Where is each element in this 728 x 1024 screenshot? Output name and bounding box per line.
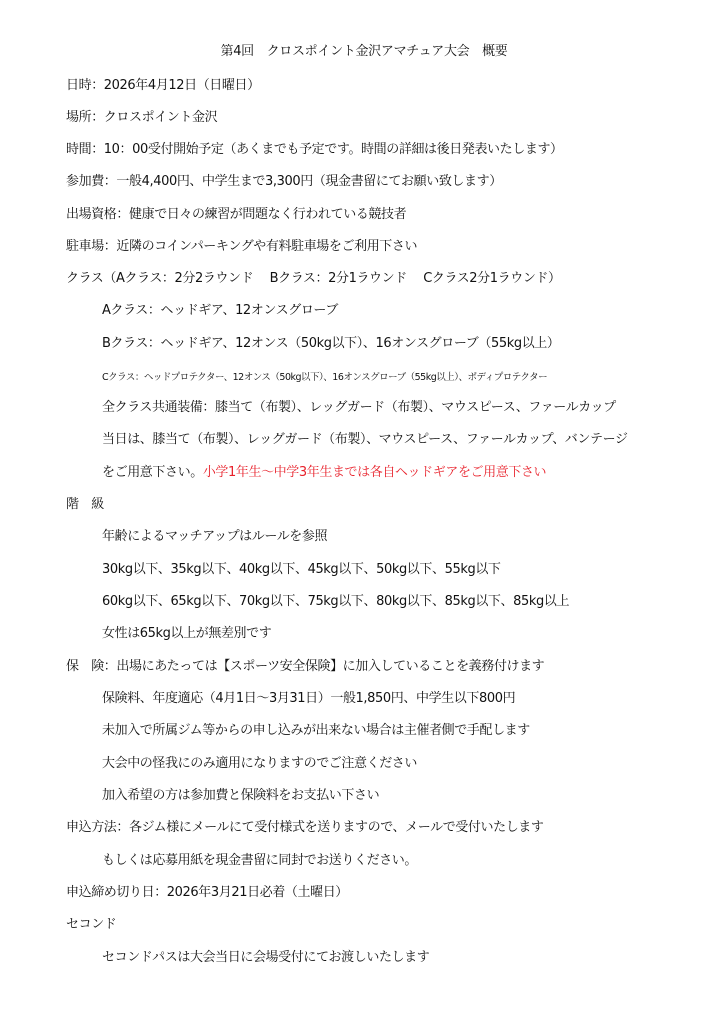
insurance-payment: 加入希望の方は参加費と保険料をお支払い下さい [102, 787, 379, 805]
entry-fee: 参加費：一般4,400円、中学生まで3,300円（現金書留にてお願い致します） [66, 173, 502, 191]
weight-row-1: 30kg以下、35kg以下、40kg以下、45kg以下、50kg以下、55kg以… [102, 561, 501, 579]
classes-header: クラス（Aクラス：2分2ラウンド Bクラス：2分1ラウンド Cクラス2分1ラウン… [66, 270, 561, 288]
women-class: 女性は65kg以上が無差別です [102, 625, 271, 643]
prepare-prefix: をご用意下さい。 [102, 465, 203, 480]
insurance-header: 保 険：出場にあたっては【スポーツ安全保険】に加入していることを義務付けます [66, 658, 544, 676]
headgear-notice: 小学1年生～中学3年生までは各自ヘッドギアをご用意下さい [203, 465, 546, 480]
bring-on-day: 当日は、膝当て（布製）、レッグガード（布製）、マウスピース、ファールカップ、バン… [102, 431, 628, 449]
application-alternative: もしくは応募用紙を現金書留に同封でお送りください。 [102, 852, 417, 870]
common-gear: 全クラス共通装備：膝当て（布製）、レッグガード（布製）、マウスピース、ファールカ… [102, 399, 616, 417]
document-page: 第4回 クロスポイント金沢アマチュア大会 概要 日時：2026年4月12日（日曜… [0, 0, 728, 1024]
event-time: 時間：10：00受付開始予定（あくまでも予定です。時間の詳細は後日発表いたします… [66, 141, 563, 159]
matchup-note: 年齢によるマッチアップはルールを参照 [102, 528, 327, 546]
c-class-gear: Cクラス：ヘッドプロテクター、12オンス（50kg以下）、16オンスグローブ（5… [102, 369, 547, 387]
weight-row-2: 60kg以下、65kg以下、70kg以下、75kg以下、80kg以下、85kg以… [102, 593, 569, 611]
second-header: セコンド [66, 916, 116, 934]
application-method: 申込方法：各ジム様にメールにて受付様式を送りますので、メールで受付いたします [66, 819, 544, 837]
event-venue: 場所：クロスポイント金沢 [66, 109, 217, 127]
parking: 駐車場：近隣のコインパーキングや有料駐車場をご利用下さい [66, 238, 417, 256]
application-deadline: 申込締め切り日：2026年3月21日必着（土曜日） [66, 884, 348, 902]
a-class-gear: Aクラス：ヘッドギア、12オンスグローブ [102, 302, 338, 320]
prepare-line: をご用意下さい。小学1年生～中学3年生までは各自ヘッドギアをご用意下さい [102, 464, 546, 482]
insurance-fee: 保険料、年度適応（4月1日～3月31日）一般1,850円、中学生以下800円 [102, 690, 515, 708]
event-date: 日時：2026年4月12日（日曜日） [66, 77, 260, 95]
insurance-arrangement: 未加入で所属ジム等からの申し込みが出来ない場合は主催者側で手配します [102, 722, 530, 740]
insurance-coverage: 大会中の怪我にのみ適用になりますのでご注意ください [102, 755, 417, 773]
b-class-gear: Bクラス：ヘッドギア、12オンス（50kg以下）、16オンスグローブ（55kg以… [102, 335, 560, 353]
document-title: 第4回 クロスポイント金沢アマチュア大会 概要 [0, 40, 728, 59]
weight-classes-header: 階 級 [66, 496, 104, 514]
second-pass: セコンドパスは大会当日に会場受付にてお渡しいたします [102, 949, 429, 967]
eligibility: 出場資格：健康で日々の練習が問題なく行われている競技者 [66, 206, 406, 224]
